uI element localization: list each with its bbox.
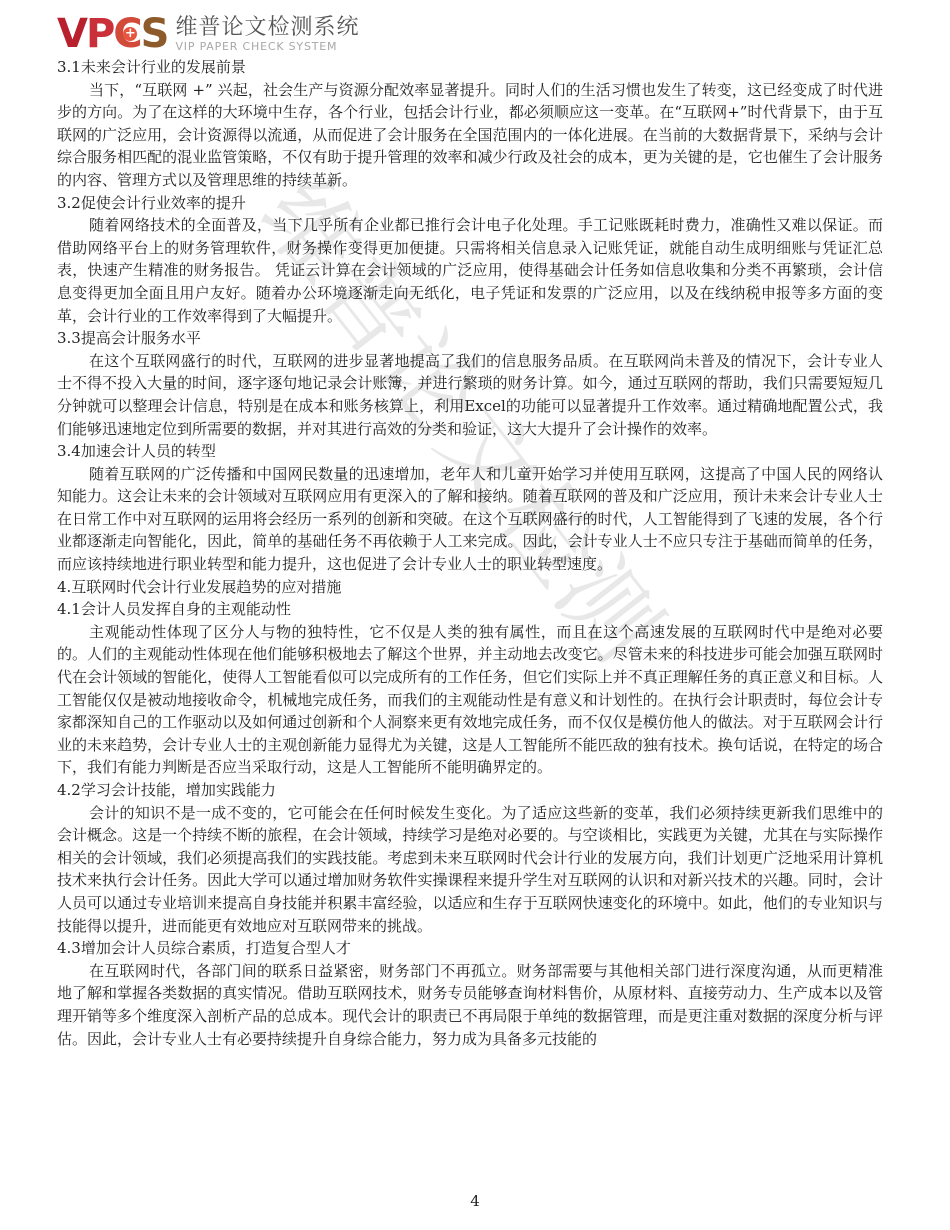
section-paragraph: 在这个互联网盛行的时代，互联网的进步显著地提高了我们的信息服务品质。在互联网尚未…	[57, 350, 883, 440]
section-paragraph: 随着网络技术的全面普及，当下几乎所有企业都已推行会计电子化处理。手工记账既耗时费…	[57, 214, 883, 327]
logo-plus-icon: +	[123, 27, 137, 41]
section-4-2: 4.2学习会计技能，增加实践能力 会计的知识不是一成不变的，它可能会在任何时候发…	[57, 779, 883, 937]
section-paragraph: 在互联网时代，各部门间的联系日益紧密，财务部门不再孤立。财务部需要与其他相关部门…	[57, 960, 883, 1050]
section-paragraph: 当下，“互联网 +” 兴起，社会生产与资源分配效率显著提升。同时人们的生活习惯也…	[57, 79, 883, 192]
section-heading: 4.1会计人员发挥自身的主观能动性	[57, 598, 883, 621]
section-heading: 4.2学习会计技能，增加实践能力	[57, 779, 883, 802]
vpcs-logo-icon: V P C+ S	[57, 14, 167, 54]
section-heading: 3.4加速会计人员的转型	[57, 440, 883, 463]
document-body: 3.1未来会计行业的发展前景 当下，“互联网 +” 兴起，社会生产与资源分配效率…	[57, 56, 883, 1050]
logo-letter-s: S	[141, 14, 168, 54]
logo-name-en: VIP PAPER CHECK SYSTEM	[175, 40, 359, 53]
section-heading: 3.2促使会计行业效率的提升	[57, 192, 883, 215]
logo-letter-c: C+	[113, 14, 140, 54]
logo-text: 维普论文检测系统 VIP PAPER CHECK SYSTEM	[175, 16, 359, 53]
section-3-3: 3.3提高会计服务水平 在这个互联网盛行的时代，互联网的进步显著地提高了我们的信…	[57, 327, 883, 440]
section-paragraph: 会计的知识不是一成不变的，它可能会在任何时候发生变化。为了适应这些新的变革，我们…	[57, 802, 883, 938]
section-heading: 4.3增加会计人员综合素质，打造复合型人才	[57, 937, 883, 960]
section-3-4: 3.4加速会计人员的转型 随着互联网的广泛传播和中国网民数量的迅速增加，老年人和…	[57, 440, 883, 576]
section-3-2: 3.2促使会计行业效率的提升 随着网络技术的全面普及，当下几乎所有企业都已推行会…	[57, 192, 883, 328]
logo-letter-p: P	[86, 14, 113, 54]
section-heading: 3.3提高会计服务水平	[57, 327, 883, 350]
section-3-1: 3.1未来会计行业的发展前景 当下，“互联网 +” 兴起，社会生产与资源分配效率…	[57, 56, 883, 192]
section-paragraph: 主观能动性体现了区分人与物的独特性，它不仅是人类的独有属性，而且在这个高速发展的…	[57, 621, 883, 779]
section-heading: 4.互联网时代会计行业发展趋势的应对措施	[57, 576, 883, 599]
section-4-1: 4.1会计人员发挥自身的主观能动性 主观能动性体现了区分人与物的独特性，它不仅是…	[57, 598, 883, 779]
section-paragraph: 随着互联网的广泛传播和中国网民数量的迅速增加，老年人和儿童开始学习并使用互联网，…	[57, 463, 883, 576]
logo-name-cn: 维普论文检测系统	[175, 16, 359, 40]
page-number: 4	[0, 1192, 950, 1210]
section-heading: 3.1未来会计行业的发展前景	[57, 56, 883, 79]
section-4: 4.互联网时代会计行业发展趋势的应对措施	[57, 576, 883, 599]
vpcs-logo-header: V P C+ S 维普论文检测系统 VIP PAPER CHECK SYSTEM	[57, 12, 359, 56]
logo-letter-v: V	[57, 14, 86, 54]
section-4-3: 4.3增加会计人员综合素质，打造复合型人才 在互联网时代，各部门间的联系日益紧密…	[57, 937, 883, 1050]
